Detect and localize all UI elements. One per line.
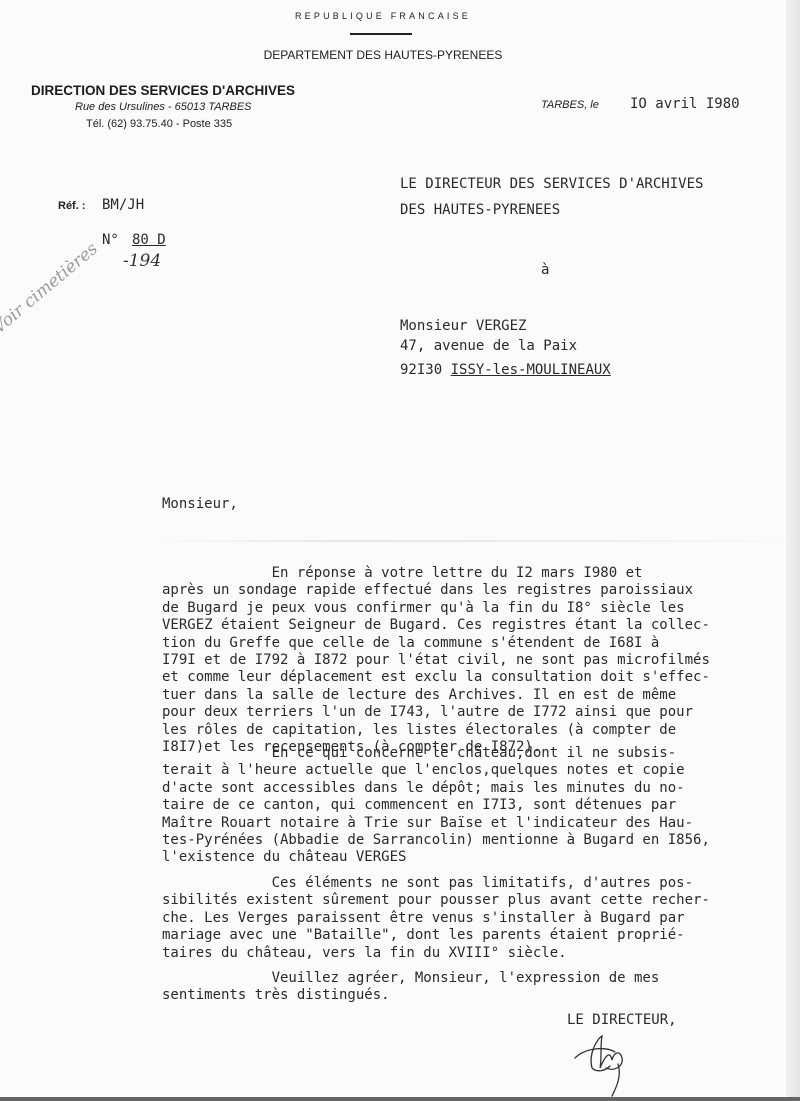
- letterhead-address: Rue des Ursulines - 65013 TARBES: [75, 101, 252, 113]
- date-prefix: TARBES, le: [541, 99, 599, 111]
- body-paragraph-2: En ce qui concerne le château,dont il ne…: [162, 745, 710, 867]
- recipient-address: Monsieur VERGEZ 47, avenue de la Paix 92…: [400, 316, 611, 380]
- body-paragraph-1: En réponse à votre lettre du I2 mars I98…: [162, 565, 710, 756]
- signature-title: LE DIRECTEUR,: [567, 1012, 677, 1028]
- recipient-city-line: 92I30 ISSY-les-MOULINEAUX: [400, 360, 611, 380]
- reference-number-prefix: N°: [102, 232, 119, 248]
- reference-label: Réf. :: [58, 200, 86, 212]
- recipient-city: ISSY-les-MOULINEAUX: [451, 362, 611, 378]
- salutation: Monsieur,: [162, 496, 238, 512]
- letterhead-republic: REPUBLIQUE FRANCAISE: [0, 11, 766, 21]
- sender-line-2: DES HAUTES-PYRENEES: [400, 197, 703, 223]
- handwritten-number: -194: [123, 251, 161, 271]
- page-bottom-edge: [0, 1097, 800, 1101]
- letterhead-phone: Tél. (62) 93.75.40 - Poste 335: [86, 118, 232, 130]
- recipient-postcode: 92I30: [400, 362, 442, 378]
- recipient-street: 47, avenue de la Paix: [400, 336, 611, 356]
- sender-block: LE DIRECTEUR DES SERVICES D'ARCHIVES DES…: [400, 171, 703, 223]
- body-paragraph-3: Ces éléments ne sont pas limitatifs, d'a…: [162, 875, 710, 962]
- sender-line-1: LE DIRECTEUR DES SERVICES D'ARCHIVES: [400, 171, 703, 197]
- recipient-name: Monsieur VERGEZ: [400, 316, 611, 336]
- to-word: à: [541, 262, 549, 278]
- letterhead-office: DIRECTION DES SERVICES D'ARCHIVES: [31, 83, 295, 98]
- page-edge: [786, 0, 800, 1101]
- handwritten-margin-note: Voir cimetières: [0, 239, 102, 338]
- reference-number: 80 D: [132, 232, 166, 248]
- paper-fold: [150, 540, 800, 542]
- handwritten-signature-icon: [570, 1028, 640, 1098]
- letter-date: IO avril I980: [630, 96, 740, 112]
- letterhead-divider: [350, 33, 412, 35]
- letterhead-department: DEPARTEMENT DES HAUTES-PYRENEES: [0, 48, 766, 62]
- closing-paragraph: Veuillez agréer, Monsieur, l'expression …: [162, 970, 659, 1005]
- reference-value: BM/JH: [102, 197, 144, 213]
